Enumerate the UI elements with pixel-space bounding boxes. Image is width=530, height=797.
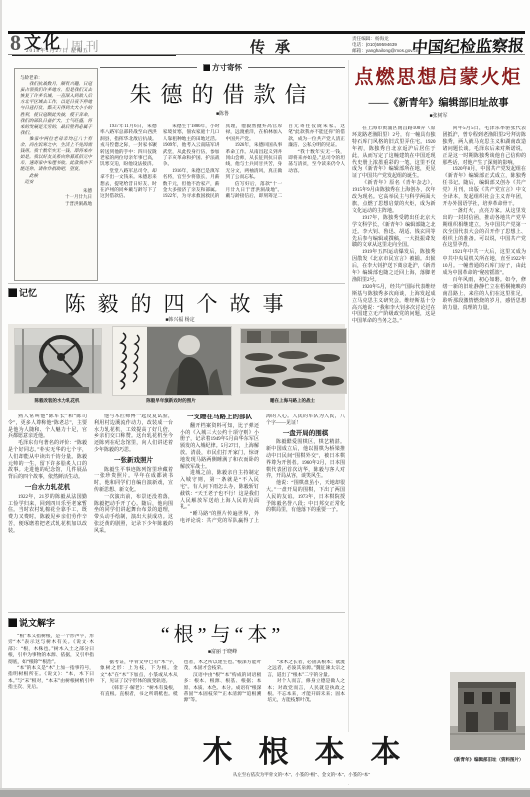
paragraph: 1922年，21岁的陈毅从法国勤工俭学归来，回到四川乐至老家暂住。当时农村轧棉花… [8, 495, 87, 536]
calligraphy-glyphs: 木根本本 [203, 732, 401, 770]
paragraph: “求木之长者，必固其根本；欲流之远者，必浚其泉源。”魏征谏太宗之言，道出了“根本… [267, 660, 345, 679]
section-icon [8, 618, 17, 627]
paragraph: 1920年8月，中国共产党发起组在《新青年》编辑部正式成立，陈独秀任书记。随后，… [443, 167, 527, 208]
right-article-title: 点燃思想启蒙火炬 [352, 62, 525, 89]
paragraph: 他与木匠师傅一起反复试验，利用村边溪流作动力，改装成一台水力轧花机，工效提高了好… [94, 414, 173, 455]
header-bottom-rule [8, 54, 525, 55]
zhude-article-body: 1937年11月6日，朱德率八路军总部转战至山西洪洞县，指挥华北敌后抗战。戎马倥… [100, 124, 345, 281]
paragraph: 《新青年》原名《青年杂志》，1915年9月由陈独秀在上海创办，次年改为现名。它高… [352, 181, 436, 216]
paragraph: 同年5月5日，毛泽东率驱张代表团抵沪，曾专程到老渔阳里2号拜访陈独秀，两人就马克… [443, 126, 527, 167]
right-photo-caption: 《新青年》编辑部旧址（资料图片） [450, 757, 525, 763]
chenyi-article-body: 熟人常叫他“陈军长”和“陈司令”，更多人尊称他“陈老总”，主要是他为人随和、个人… [8, 414, 345, 608]
photo-caption: 陈毅改装的水力轧花机 [14, 398, 100, 404]
section-label: 方寸寄怀 [212, 62, 242, 73]
calligraphy-glyph: 本 [315, 736, 345, 770]
paragraph: 进城之前，陈毅亲自主持制定入城守则，第一条就是“不入民宅”。有人问下雨怎么办，陈… [180, 471, 259, 512]
paragraph: “我十数年实无一钱，即将来亦如是。”总司令的坦荡与清贫，至今读来仍令人动容。 [288, 150, 345, 176]
calligraphy-glyph: 木 [203, 736, 233, 770]
page-edge-bottom [0, 790, 530, 797]
paragraph: 堂堂八路军总司令，却拿不出一文钱来。朱德思来想去，提笔给昔日好友、时在泸州的同乡… [100, 169, 157, 201]
paragraph: “本”的本义是“木”上加一指事符号，指明树根所在。《说文》：“本，木下曰本。”与… [8, 666, 94, 692]
photo-caption: 睡在上海马路上的战士 [240, 398, 345, 404]
column-subhead: 一台水力轧花机 [8, 485, 87, 492]
paragraph: 熟人常叫他“陈军长”和“陈司令”，更多人尊称他“陈老总”，主要是他为人随和、个人… [8, 414, 87, 441]
paragraph: 1926年，朱德回国从事革命工作。从南昌起义到井冈山会师，从长征到抗日前线，他与… [226, 143, 283, 181]
zhude-byline: ■陈鲁 [100, 110, 345, 117]
paragraph: 在上海市黄浦区南昌路100弄（原环龙路老渔阳里）2号，有一幢具有独特石库门风格的… [352, 126, 436, 181]
letter-signoff2: 近安 [20, 179, 92, 185]
paragraph: 1919年五四运动爆发后，陈独秀因散发《北京市民宣言》被捕。出狱后，在李大钊护送… [352, 250, 436, 285]
photo-chenyi-drama [112, 326, 232, 396]
paragraph: 1920年5月，经共产国际代表维经斯基与陈独秀多次商谈，上海发起成立马克思主义研… [352, 285, 436, 326]
column-subhead: 一盘开局的围棋 [266, 431, 345, 438]
section-label: 说文解字 [19, 616, 55, 629]
paragraph: 1937年11月6日，朱德率八路军总部转战至山西洪洞县，指挥华北敌后抗战。戎马倥… [100, 124, 157, 169]
right-article-body: 在上海市黄浦区南昌路100弄（原环龙路老渔阳里）2号，有一幢具有独特石库门风格的… [352, 126, 526, 732]
photo-xinqingnian-site [450, 672, 525, 750]
chenyi-byline: ■韩兴福 杨定 [40, 316, 320, 323]
section-icon [203, 64, 210, 71]
paragraph: 据考证，甲骨文中已有“木”字，象树之形：上为枝，下为根。金文“本”在“木”下加点… [100, 660, 178, 686]
column-subhead: 一张新戏照片 [94, 458, 173, 465]
genben-byline: ■富丽 于晓峰 [100, 648, 345, 655]
calligraphy-glyph: 根 [259, 736, 289, 770]
paragraph: 他说：“围棋盘虽小，天地却很大。”一盘开局的围棋，下出了两国人民的友谊。1973… [266, 481, 345, 515]
photo-caption: 陈毅早年演新戏时的照片 [112, 398, 230, 404]
paragraph: 毛泽东有句著名的评价：“陈毅是个好同志。”朴实无华的七个字，人们却能从中读出千钧… [8, 441, 87, 482]
calligraphy-glyph: 本 [371, 736, 401, 770]
calligraphy-figure: 木根本本 从左至右依次为甲骨文的“木”、小篆的“根”、金文的“本”、小篆的“本” [183, 732, 420, 784]
right-photo-block: 《新青年》编辑部旧址（资料图片） [450, 668, 527, 780]
section-header-fangcun: 方寸寄怀 [100, 62, 345, 73]
paragraph: 百年风雨，初心如磐。如今，修缮一新的旧址静静伫立在梧桐掩映的南昌路上，来往的人们… [443, 278, 527, 313]
genben-article-title: “根”与“本” [100, 618, 345, 647]
page-edge-left [0, 0, 2, 797]
genben-left-column: “根”本义指树根，是一个形声字，形旁“木”表示这与树木有关。《说文·木部》：“根… [8, 634, 94, 784]
right-article-subtitle: ——《新青年》编辑部旧址故事 [352, 94, 525, 109]
letter-signature-line: 于晋洪洞战地 [20, 201, 92, 208]
section-icon [8, 288, 17, 297]
column-subhead: 一支睡在马路上的部队 [180, 414, 259, 421]
section-rule-1 [8, 283, 345, 284]
zhude-letter-facsimile: 与龄老弟： 我们抗战数月，颇有兴趣，日寇虽占领我们许多地方，但是我们又去恢复了许… [14, 68, 98, 281]
zhude-article-title: 朱德的借款信 [100, 78, 345, 109]
paragraph: 对个人而言，修身立德是做人之本；对政党而言，人民就是执政之根。不忘本来，才能开辟… [267, 679, 345, 705]
paragraph: 1921年中共一大后，这里又成为中共中央局机关所在地，直至1922年10月。一幢… [443, 250, 527, 278]
newspaper-page: 8 文化 | 周刊 2018年4月27日 星期五 传承 责任编辑：杨海龙 电话：… [0, 0, 530, 797]
section-rule-2 [8, 612, 345, 613]
right-article-byline: ■张树军 [352, 112, 525, 119]
paragraph: 汉语中由“根”“本”构成的词语极多：根本、根源、根基、根据；本原、本质、本色、本… [184, 673, 262, 705]
paragraph: 朱德生于1886年，小时家境贫寒，佃农家庭十几口人靠租种地主的田地过活。1909… [163, 124, 220, 169]
letter-paragraph: 惟家中两位老母亲均已八十有余，尚在饥寒之中，生活上不免因需钱用。我十数年实无一钱… [20, 136, 92, 173]
paragraph: 陈毅酷爱围棋区，棋艺精湛。新中国成立后，他以围棋为桥梁推动中日民间“围棋外交”，… [266, 440, 345, 481]
letter-paragraph: 我们抗战数月，颇有兴趣，日寇虽占领我们许多地方，但是我们又去恢复了许多名城，一直… [20, 81, 92, 136]
paragraph: “根”本义指树根，是一个形声字，形旁“木”表示这与树木有关。《说文·木部》：“根… [8, 634, 94, 666]
photo-soldiers-street [240, 328, 347, 394]
calligraphy-caption: 从左至右依次为甲骨文的“木”、小篆的“根”、金文的“本”、小篆的“本” [233, 772, 370, 778]
paragraph: 翻开档案资料可知，比子弹还小的《入城三大公约十项守则》小册子，记录着1949年5… [180, 424, 259, 472]
section-header-jiyi: 记忆 [8, 286, 37, 299]
paragraph: 一次演出前，布景还没着落，陈毅把动手开了心。随后，他向围坐的同学们讲起舞台布景的… [94, 495, 173, 536]
paragraph: 一盏灯火，点亮万家。从这里发出的一封封信函，推动各地共产党早期组织相继建立，为中… [443, 209, 527, 250]
paragraph: 陈毅生平事迹陈列馆里珍藏着一张珍贵照片。早年在成都读书时，他和同学们自编自演新戏… [94, 468, 173, 495]
section-header-shuowen: 说文解字 [8, 616, 55, 629]
chenyi-article-title: 陈毅的四个故事 [40, 288, 320, 318]
column-divider [348, 60, 349, 785]
section-label: 记忆 [19, 286, 37, 299]
photo-cotton-gin [14, 328, 102, 394]
paragraph: 1917年，陈独秀受聘出任北京大学文科学长，《新青年》编辑部随之北迁。李大钊、鲁… [352, 216, 436, 251]
